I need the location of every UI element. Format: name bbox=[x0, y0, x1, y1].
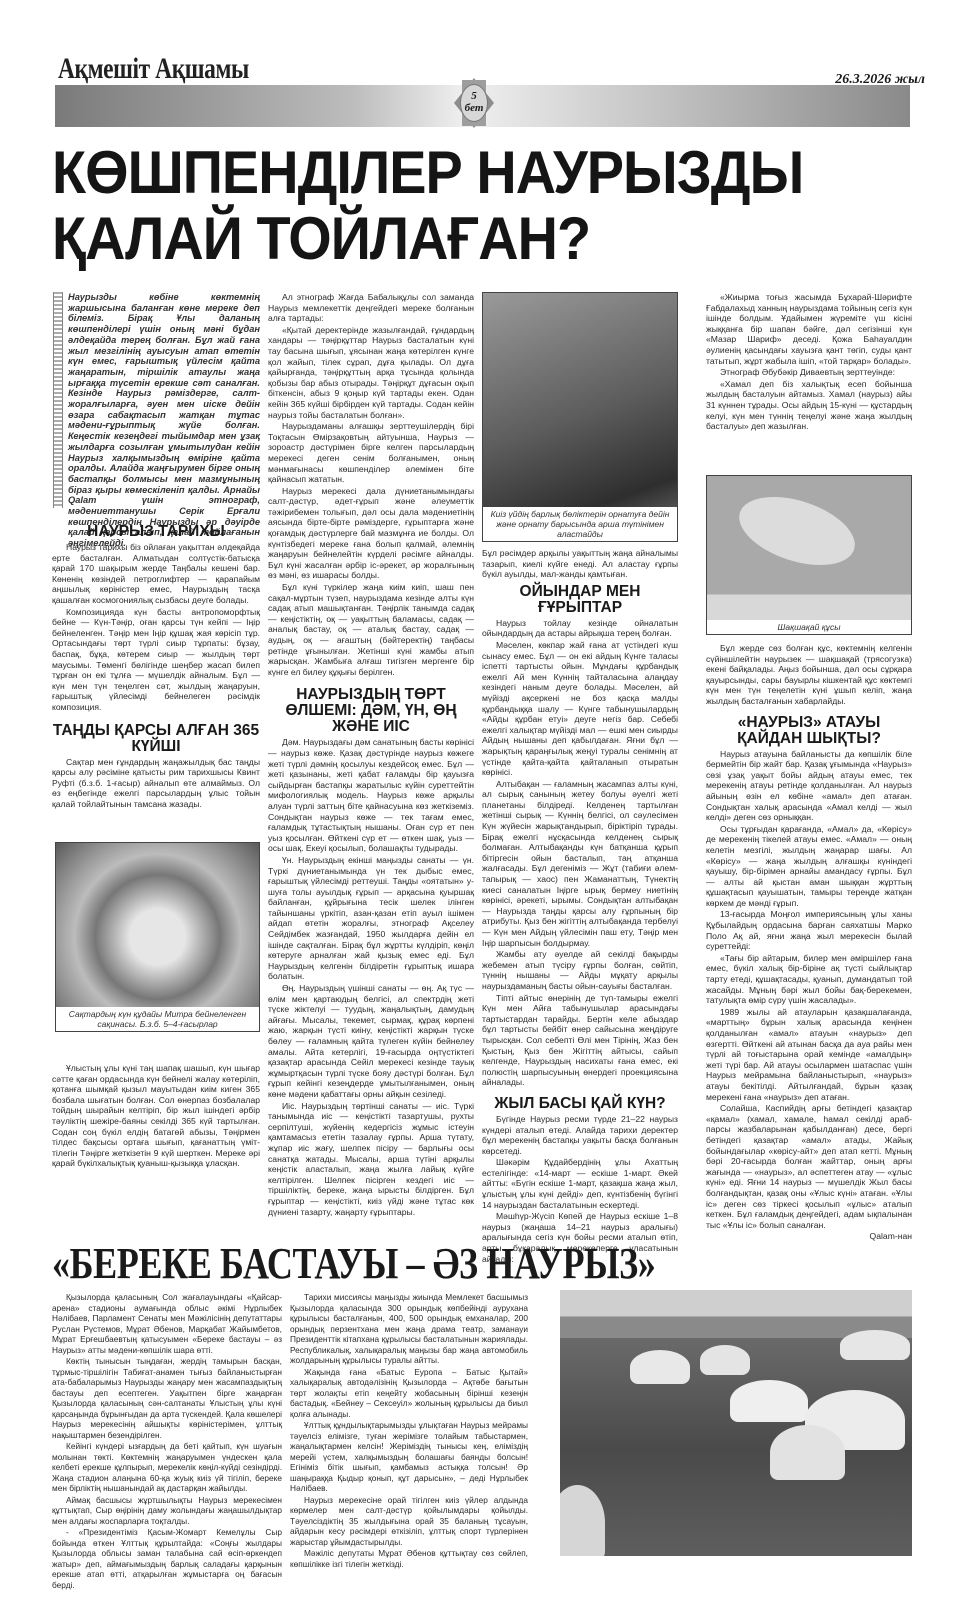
column-1-end: Ұлыстың ұлы күні таң шапақ шашып, күн шы… bbox=[52, 1063, 260, 1170]
woman-photo: Киіз үйдің барлық бөліктерін орнатуға де… bbox=[482, 292, 678, 542]
article2-column-1: Қызылорда қаласының Сол жағалауындағы «Қ… bbox=[52, 1292, 282, 1591]
article2-column-2: Тарихи миссиясы маңызды жиында Мемлекет … bbox=[290, 1292, 528, 1570]
column-4-top: «Жиырма тоғыз жасымда Бұхарай-Шәрифте Ға… bbox=[706, 292, 912, 433]
bird-photo: Шақшақай құсы bbox=[706, 475, 912, 635]
woman-photo-caption: Киіз үйдің барлық бөліктерін орнатуға де… bbox=[483, 507, 677, 541]
section-heading: НАУРЫЗДЫҢ ТӨРТ ӨЛШЕМІ: ДӘМ, ҮН, ӨҢ ЖӘНЕ … bbox=[268, 687, 474, 735]
section-heading: «НАУРЫЗ» АТАУЫ ҚАЙДАН ШЫҚТЫ? bbox=[706, 715, 912, 747]
bird-photo-caption: Шақшақай құсы bbox=[707, 620, 911, 634]
column-1-lower: НАУРЫЗ ТАРИХЫ Наурыз тарихы біз ойлаған … bbox=[52, 520, 260, 810]
celebration-photo bbox=[560, 1290, 912, 1556]
section-heading: ТАҢДЫ ҚАРСЫ АЛҒАН 365 КҮЙШІ bbox=[52, 723, 260, 755]
page-number-badge: 5бет bbox=[454, 70, 494, 136]
section-heading: НАУРЫЗ ТАРИХЫ bbox=[52, 524, 260, 540]
column-3: Бұл рәсімдер арқылы уақыттың жаңа айналы… bbox=[482, 548, 678, 1265]
ornament-border bbox=[53, 292, 63, 508]
ring-photo-caption: Сақтардың күн құдайы Митра бейнеленген с… bbox=[56, 1007, 259, 1031]
main-headline: КӨШПЕНДІЛЕР НАУРЫЗДЫ ҚАЛАЙ ТОЙЛАҒАН? bbox=[52, 140, 870, 272]
ring-photo: Сақтардың күн құдайы Митра бейнеленген с… bbox=[55, 842, 260, 1032]
column-4: Бұл жерде сөз болған құс, көктемнің келг… bbox=[706, 643, 912, 1242]
issue-date: 26.3.2026 жыл bbox=[835, 72, 925, 88]
section-heading: ЖЫЛ БАСЫ ҚАЙ КҮН? bbox=[482, 1096, 678, 1112]
second-headline: «БЕРЕКЕ БАСТАУЫ – ӘЗ НАУРЫЗ» bbox=[52, 1240, 757, 1288]
newspaper-logo: Ақмешіт Ақшамы bbox=[58, 52, 249, 86]
page-number: 5 bbox=[461, 90, 487, 102]
page-label: бет bbox=[461, 102, 487, 114]
article-lead: Наурызды көбіне көктемнің жаршысына бала… bbox=[68, 292, 260, 549]
section-heading: ОЙЫНДАР МЕН ҒҰРЫПТАР bbox=[482, 584, 678, 616]
column-2: Ал этнограф Жағда Бабалықұлы сол заманда… bbox=[268, 292, 474, 1218]
